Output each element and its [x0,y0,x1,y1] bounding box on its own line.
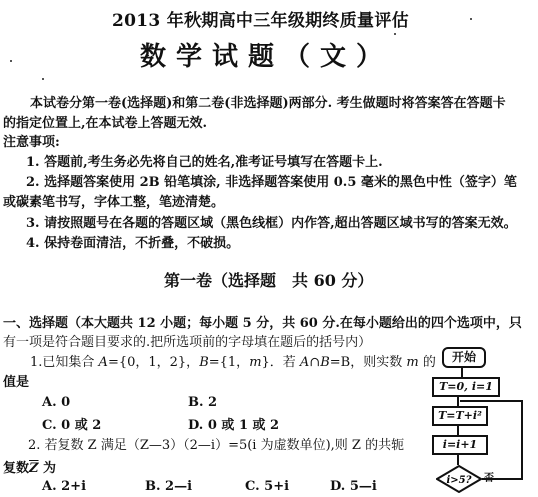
condition-label: i>5? [447,475,472,486]
loop-line [460,400,523,402]
exam-subtitle: 2013 年秋期高中三年级期终质量评估 [112,6,409,31]
note-item-2-cont: 或碳素笔书写，字体工整，笔迹清楚。 [3,191,224,210]
flowchart-sum: T=T+i² [432,406,488,426]
q1-text: 1.已知集合 [30,355,99,370]
note-item-1: 1. 答题前,考生务必先将自己的姓名,准考证号填写在答题卡上. [26,151,383,170]
notes-heading: 注意事项: [3,131,60,150]
section-instructions-2: 有一项是符合题目要求的.把所选项前的字母填在题后的括号内） [3,331,371,350]
scan-speck [200,18,202,20]
loop-line [521,400,523,480]
intro-line-2: 的指定位置上,在本试卷上答题无效. [3,112,207,131]
q1-var-m: m [249,355,261,370]
note-item-2: 2. 选择题答案使用 2B 铅笔填涂, 非选择题答案使用 0.5 毫米的黑色中性… [26,171,517,190]
flow-arrow [457,453,459,465]
q2-option-a: A. 2+i [42,479,86,494]
q1-text: }．若 [262,355,300,370]
q2-option-c: C. 5+i [245,479,289,494]
loop-line [482,478,522,480]
note-item-3: 3. 请按照题号在各题的答题区域（黑色线框）内作答,超出答题区域书写的答案无效。 [26,212,517,231]
flowchart-start: 开始 [442,347,486,368]
question-2-stem-cont: 复数Z 为 [3,457,56,476]
flow-arrow [457,424,459,435]
q2-text: 为 [39,461,57,476]
q1-text: ={0，1，2}， [108,355,199,370]
flowchart-condition: i>5? [436,465,482,493]
intro-line-1: 本试卷分第一卷(选择题)和第二卷(非选择题)两部分. 考生做题时将答案答在答题卡 [30,92,506,111]
q1-intersection: A∩B [300,355,330,370]
flowchart-increment: i=i+1 [432,435,488,455]
flow-arrow [457,395,459,406]
q1-text: =B，则实数 [330,355,407,370]
flow-arrow [461,366,463,377]
q1-text: ={1， [209,355,249,370]
flowchart-init: T=0, i=1 [432,377,500,397]
q1-var-m: m [406,355,418,370]
exam-title: 数学试题（文） [140,36,392,73]
scan-speck [394,33,396,35]
q1-var-b: B [199,355,209,370]
note-item-4: 4. 保持卷面清洁，不折叠，不破损。 [26,232,239,251]
flowchart-no-label: 否 [484,469,494,484]
q1-var-a: A [99,355,108,370]
q2-option-d: D. 5—i [330,479,377,494]
scan-speck [42,78,44,80]
question-1-stem-cont: 值是 [3,371,29,390]
q2-text: 复数 [3,461,29,476]
section-instructions-1: 一、选择题（本大题共 12 小题；每小题 5 分，共 60 分.在每小题给出的四… [3,312,522,331]
scan-speck [470,18,472,20]
q2-conjugate-z: Z [29,461,39,476]
q1-option-a: A. 0 [42,395,70,410]
question-2-stem: 2. 若复数 Z 满足（Z—3）（2—i）=5(i 为虚数单位),则 Z 的共轭 [28,434,404,453]
q1-option-d: D. 0 或 1 或 2 [188,414,279,433]
question-1-stem: 1.已知集合 A={0，1，2}，B={1，m}．若 A∩B=B，则实数 m 的 [30,351,436,370]
q1-text: 的 [419,355,436,370]
section-title: 第一卷（选择题 共 60 分） [164,268,373,291]
q1-option-b: B. 2 [188,395,217,410]
scan-speck [10,60,12,62]
q1-option-c: C. 0 或 2 [42,414,101,433]
q2-option-b: B. 2—i [145,479,192,494]
